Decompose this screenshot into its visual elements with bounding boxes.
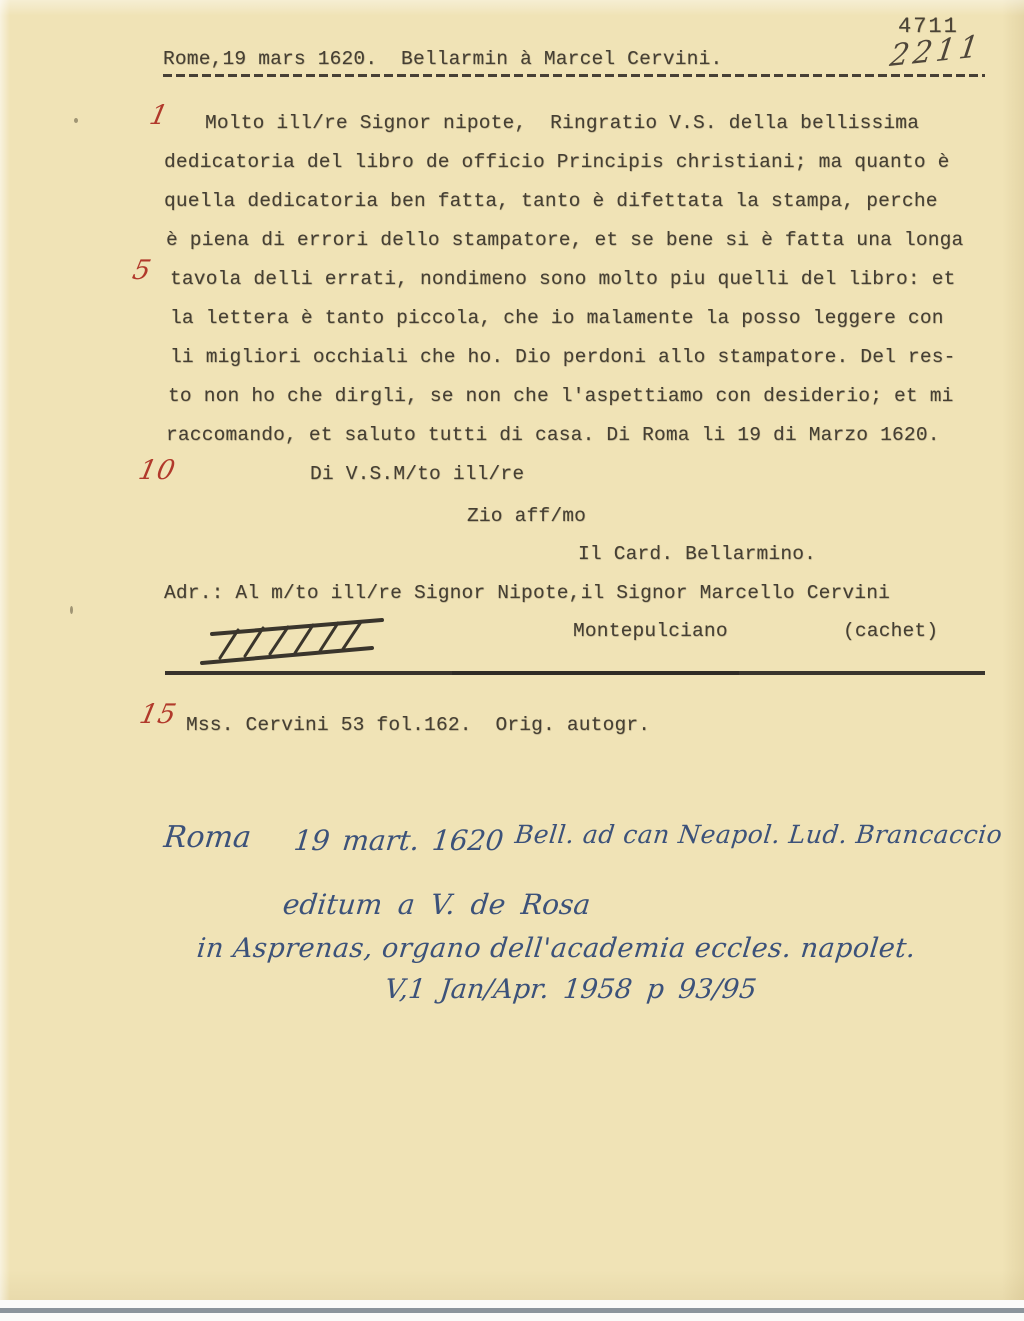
typed-solid-rule	[165, 671, 985, 675]
cachet-note: (cachet)	[843, 618, 938, 644]
body-line: Molto ill/re Signor nipote, Ringratio V.…	[205, 110, 919, 136]
address-place: Montepulciano	[573, 618, 728, 644]
body-line: quella dedicatoria ben fatta, tanto è di…	[164, 188, 938, 214]
cancellation-hatch-mark	[196, 612, 388, 670]
paper-speck	[74, 118, 78, 123]
address-line: Adr.: Al m/to ill/re Signor Nipote,il Si…	[164, 580, 890, 606]
margin-number-5: 5	[130, 255, 155, 286]
body-line: tavola delli errati, nondimeno sono molt…	[170, 266, 956, 292]
annotation-note: Bell. ad can Neapol. Lud. Brancaccio	[513, 820, 1003, 849]
margin-number-1: 1	[147, 100, 172, 131]
annotation-place: Roma	[162, 820, 253, 855]
body-line: dedicatoria del libro de officio Princip…	[164, 149, 950, 175]
manuscript-reference: Mss. Cervini 53 fol.162. Orig. autogr.	[186, 712, 650, 738]
body-line: raccomando, et saluto tutti di casa. Di …	[166, 422, 940, 448]
annotation-journal: in Asprenas, organo dell'academia eccles…	[195, 933, 917, 964]
scan-edge-line	[0, 1308, 1024, 1313]
annotation-edition: editum a V. de Rosa	[281, 888, 592, 921]
paper-sheet: 4711 2211 Rome,19 mars 1620. Bellarmin à…	[0, 0, 1024, 1300]
body-line: to non ho che dirgli, se non che l'aspet…	[168, 383, 954, 409]
closing-relation: Zio aff/mo	[467, 503, 586, 529]
annotation-date: 19 mart. 1620	[292, 824, 505, 857]
scanned-letter-page: { "page": { "folio_typed": "4711", "foli…	[0, 0, 1024, 1321]
paper-speck	[70, 606, 73, 614]
body-line: la lettera è tanto piccola, che io malam…	[170, 305, 944, 331]
closing-signature: Il Card. Bellarmino.	[578, 541, 816, 567]
closing-from: Di V.S.M/to ill/re	[310, 461, 524, 487]
annotation-volume-pages: V,1 Jan/Apr. 1958 p 93/95	[383, 974, 758, 1005]
margin-number-10: 10	[136, 455, 179, 486]
typed-dashed-rule	[163, 74, 985, 77]
body-line: li migliori occhiali che ho. Dio perdoni…	[170, 344, 956, 370]
body-line: è piena di errori dello stampatore, et s…	[166, 227, 963, 253]
header-line: Rome,19 mars 1620. Bellarmin à Marcel Ce…	[163, 46, 722, 72]
margin-number-15: 15	[137, 699, 180, 730]
